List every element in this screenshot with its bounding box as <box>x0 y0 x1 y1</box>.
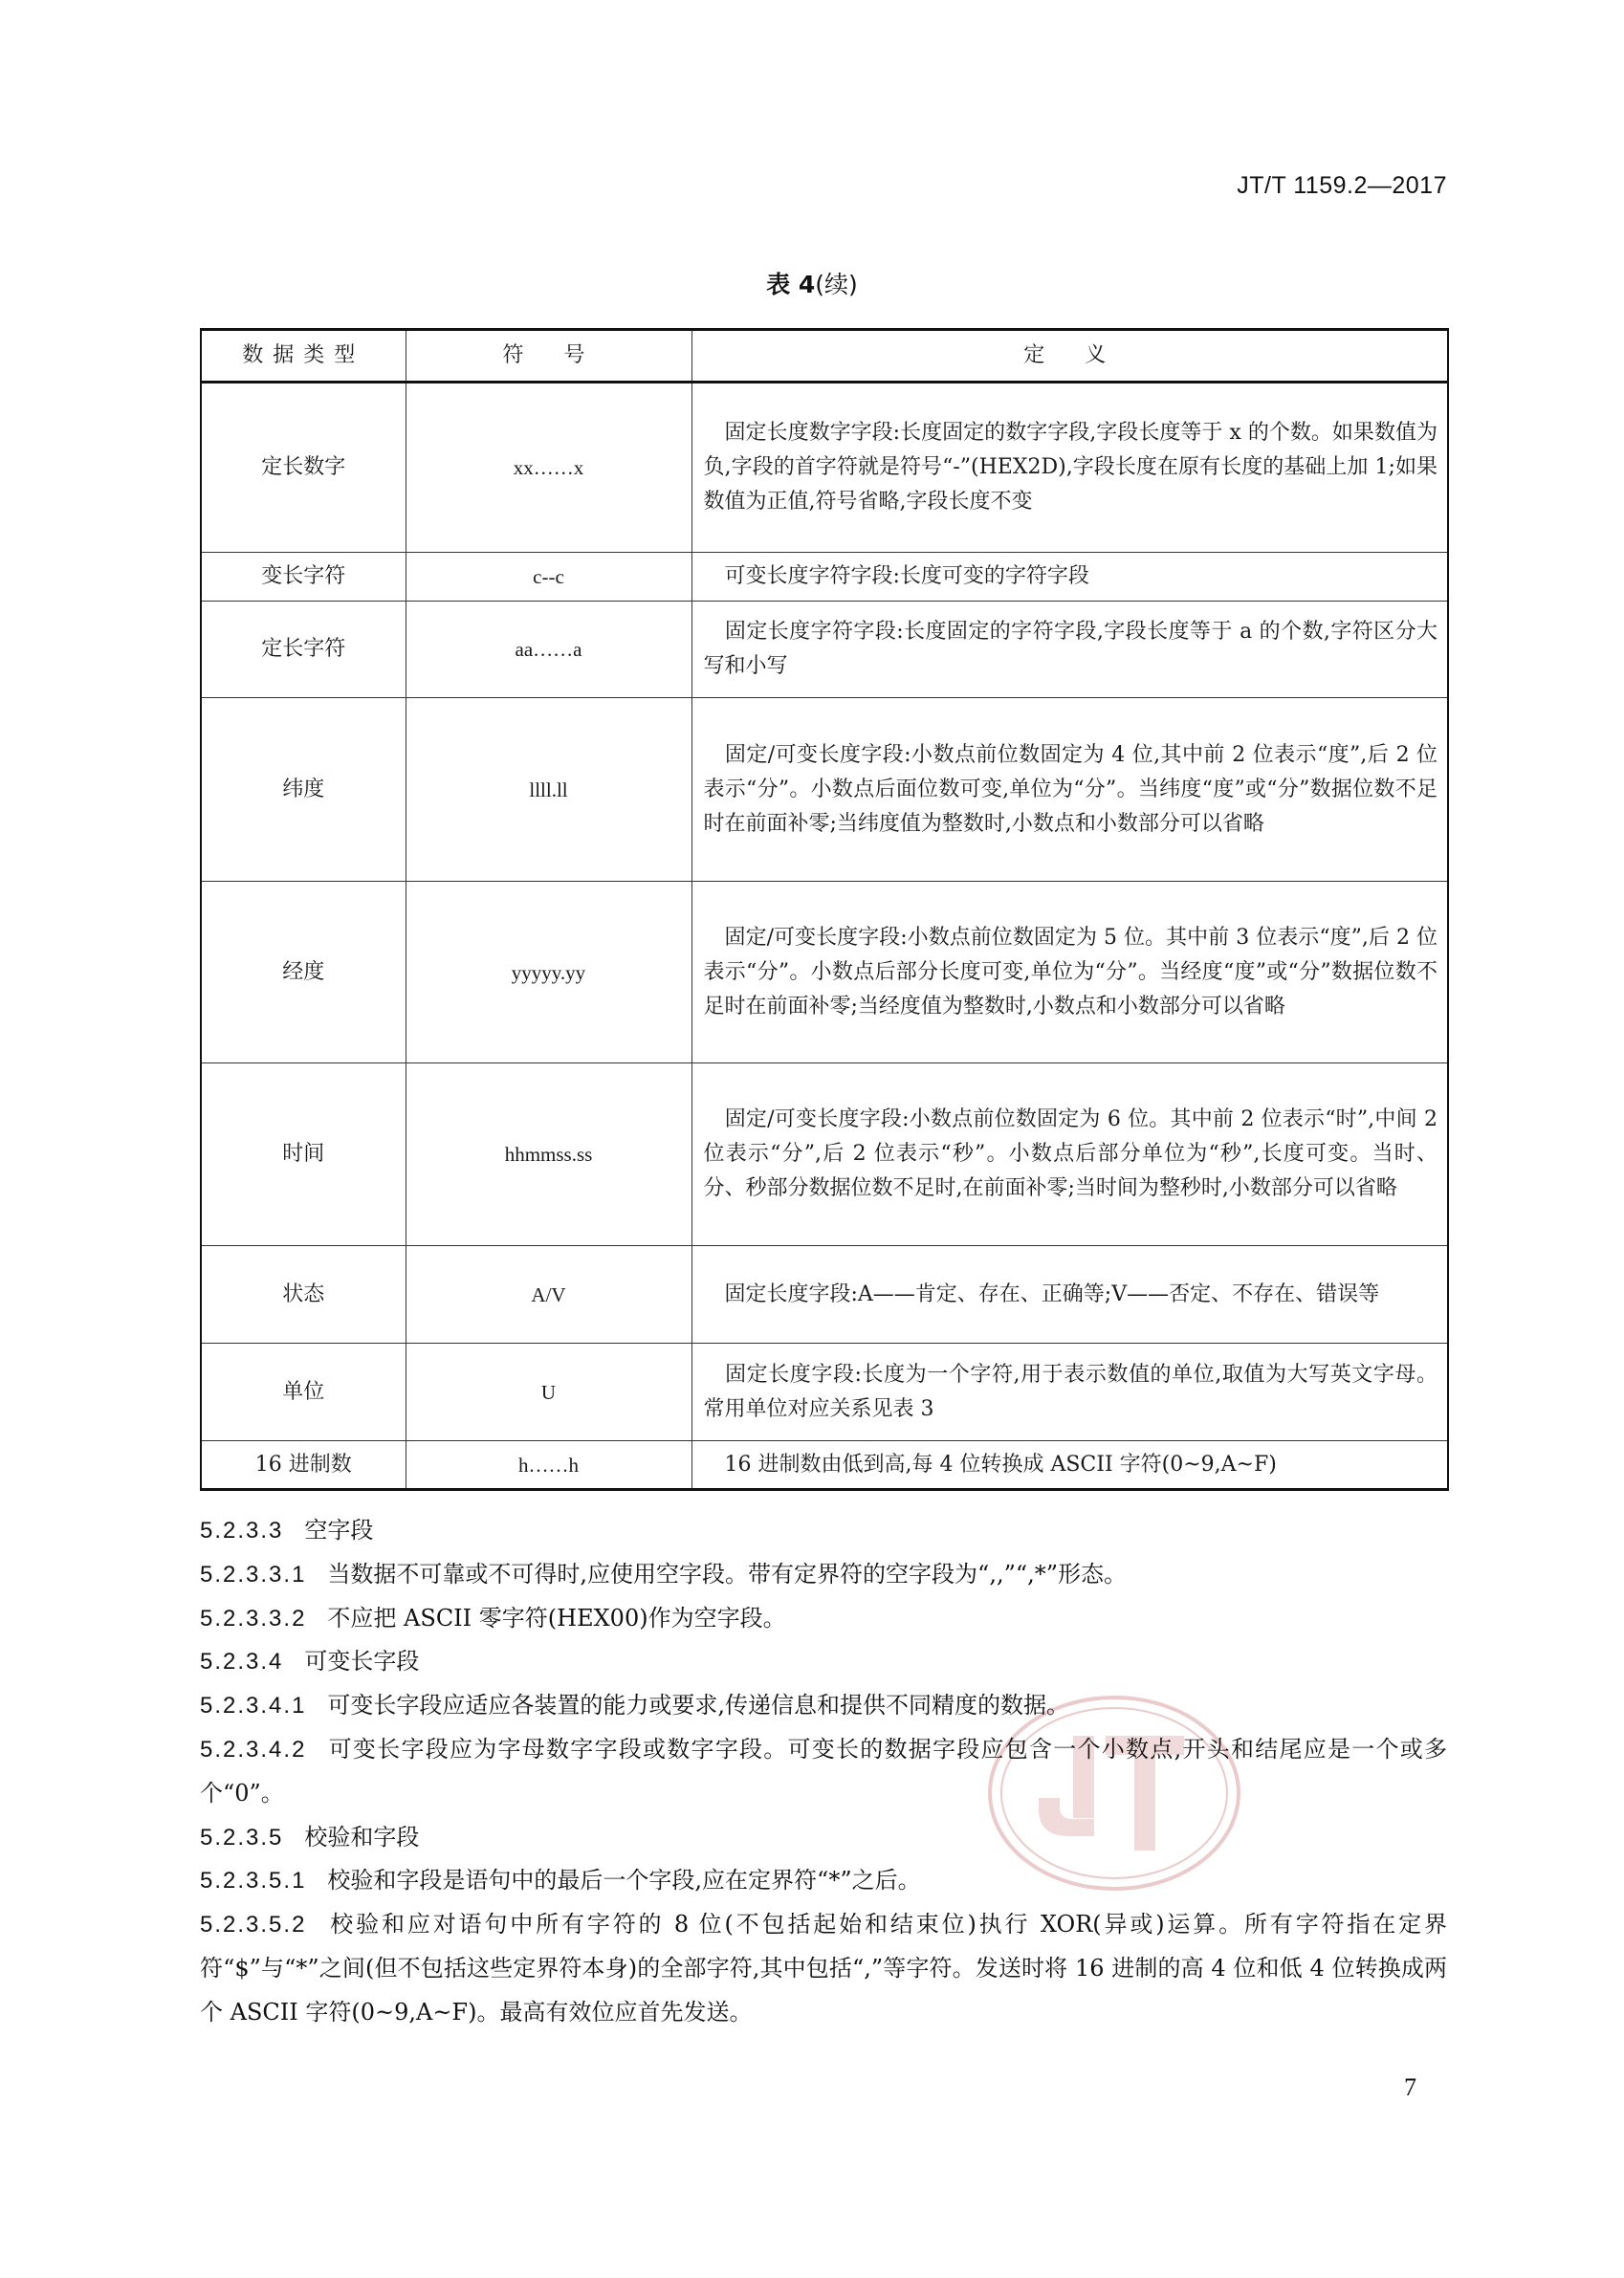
section-5-2-3-4-2: 5.2.3.4.2可变长字段应为字母数字字段或数字字段。可变长的数据字段应包含一… <box>200 1728 1447 1816</box>
section-5-2-3-4-1: 5.2.3.4.1可变长字段应适应各装置的能力或要求,传递信息和提供不同精度的数… <box>200 1684 1447 1728</box>
body-text: 5.2.3.3空字段 5.2.3.3.1当数据不可靠或不可得时,应使用空字段。带… <box>200 1509 1447 2035</box>
cell-symbol: xx……x <box>406 383 691 553</box>
definition-text: 16 进制数由低到高,每 4 位转换成 ASCII 字符(0~9,A~F) <box>725 1453 1277 1477</box>
cell-type: 纬度 <box>201 698 406 882</box>
cell-definition: 固定长度字符字段:长度固定的字符字段,字段长度等于 a 的个数,字符区分大写和小… <box>691 602 1448 698</box>
section-5-2-3-5: 5.2.3.5校验和字段 <box>200 1816 1447 1860</box>
table-caption-continued: (续) <box>815 271 858 298</box>
section-number: 5.2.3.5.1 <box>200 1868 306 1894</box>
section-5-2-3-4: 5.2.3.4可变长字段 <box>200 1640 1447 1684</box>
table-header-row: 数据类型 符 号 定 义 <box>201 330 1448 383</box>
cell-definition: 固定长度字段:A——肯定、存在、正确等;V——否定、不存在、错误等 <box>691 1246 1448 1344</box>
section-heading: 可变长字段 <box>304 1648 419 1675</box>
table-row: 时间 hhmmss.ss 固定/可变长度字段:小数点前位数固定为 6 位。其中前… <box>201 1063 1448 1246</box>
section-5-2-3-3: 5.2.3.3空字段 <box>200 1509 1447 1553</box>
definition-text: 固定/可变长度字段:小数点前位数固定为 4 位,其中前 2 位表示“度”,后 2… <box>704 743 1438 836</box>
section-number: 5.2.3.3.1 <box>200 1562 306 1588</box>
definition-text: 固定长度字段:长度为一个字符,用于表示数值的单位,取值为大写英文字母。常用单位对… <box>704 1363 1438 1421</box>
cell-definition: 可变长度字符字段:长度可变的字符字段 <box>691 553 1448 602</box>
cell-type: 状态 <box>201 1246 406 1344</box>
page-number: 7 <box>1404 2073 1416 2102</box>
column-header-type: 数据类型 <box>201 330 406 383</box>
table-row: 经度 yyyyy.yy 固定/可变长度字段:小数点前位数固定为 5 位。其中前 … <box>201 882 1448 1063</box>
column-header-definition: 定 义 <box>691 330 1448 383</box>
data-type-table: 数据类型 符 号 定 义 定长数字 xx……x 固定长度数字字段:长度固定的数字… <box>200 328 1449 1491</box>
cell-definition: 固定长度数字字段:长度固定的数字字段,字段长度等于 x 的个数。如果数值为负,字… <box>691 383 1448 553</box>
definition-text: 固定长度字段:A——肯定、存在、正确等;V——否定、不存在、错误等 <box>725 1282 1380 1306</box>
table-caption-main: 表 4 <box>766 271 815 298</box>
cell-symbol: llll.ll <box>406 698 691 882</box>
cell-type: 定长字符 <box>201 602 406 698</box>
table-row: 定长数字 xx……x 固定长度数字字段:长度固定的数字字段,字段长度等于 x 的… <box>201 383 1448 553</box>
cell-symbol: U <box>406 1344 691 1441</box>
cell-type: 经度 <box>201 882 406 1063</box>
cell-definition: 固定/可变长度字段:小数点前位数固定为 6 位。其中前 2 位表示“时”,中间 … <box>691 1063 1448 1246</box>
table-row: 单位 U 固定长度字段:长度为一个字符,用于表示数值的单位,取值为大写英文字母。… <box>201 1344 1448 1441</box>
section-number: 5.2.3.3 <box>200 1518 283 1544</box>
section-number: 5.2.3.4.2 <box>200 1737 306 1763</box>
section-text: 不应把 ASCII 零字符(HEX00)作为空字段。 <box>327 1605 785 1632</box>
section-5-2-3-3-2: 5.2.3.3.2不应把 ASCII 零字符(HEX00)作为空字段。 <box>200 1597 1447 1641</box>
standard-code: JT/T 1159.2—2017 <box>1237 172 1447 200</box>
cell-symbol: A/V <box>406 1246 691 1344</box>
section-5-2-3-3-1: 5.2.3.3.1当数据不可靠或不可得时,应使用空字段。带有定界符的空字段为“,… <box>200 1553 1447 1597</box>
section-heading: 空字段 <box>304 1517 373 1544</box>
section-text: 可变长字段应适应各装置的能力或要求,传递信息和提供不同精度的数据。 <box>327 1692 1069 1719</box>
section-number: 5.2.3.5 <box>200 1825 283 1851</box>
section-text: 校验和字段是语句中的最后一个字段,应在定界符“*”之后。 <box>327 1867 920 1894</box>
section-number: 5.2.3.3.2 <box>200 1606 306 1632</box>
section-text: 可变长字段应为字母数字字段或数字字段。可变长的数据字段应包含一个小数点,开头和结… <box>200 1736 1447 1807</box>
section-text: 当数据不可靠或不可得时,应使用空字段。带有定界符的空字段为“,,”“,*”形态。 <box>327 1561 1127 1588</box>
cell-definition: 固定长度字段:长度为一个字符,用于表示数值的单位,取值为大写英文字母。常用单位对… <box>691 1344 1448 1441</box>
table-row: 16 进制数 h……h 16 进制数由低到高,每 4 位转换成 ASCII 字符… <box>201 1441 1448 1490</box>
definition-text: 固定/可变长度字段:小数点前位数固定为 6 位。其中前 2 位表示“时”,中间 … <box>704 1107 1438 1200</box>
table-row: 变长字符 c--c 可变长度字符字段:长度可变的字符字段 <box>201 553 1448 602</box>
definition-text: 可变长度字符字段:长度可变的字符字段 <box>725 564 1089 588</box>
cell-type: 变长字符 <box>201 553 406 602</box>
cell-definition: 固定/可变长度字段:小数点前位数固定为 5 位。其中前 3 位表示“度”,后 2… <box>691 882 1448 1063</box>
definition-text: 固定/可变长度字段:小数点前位数固定为 5 位。其中前 3 位表示“度”,后 2… <box>704 926 1438 1019</box>
section-heading: 校验和字段 <box>304 1824 419 1851</box>
section-text: 校验和应对语句中所有字符的 8 位(不包括起始和结束位)执行 XOR(异或)运算… <box>200 1911 1447 2026</box>
cell-type: 单位 <box>201 1344 406 1441</box>
table-row: 纬度 llll.ll 固定/可变长度字段:小数点前位数固定为 4 位,其中前 2… <box>201 698 1448 882</box>
table-row: 定长字符 aa……a 固定长度字符字段:长度固定的字符字段,字段长度等于 a 的… <box>201 602 1448 698</box>
section-number: 5.2.3.4 <box>200 1649 283 1675</box>
definition-text: 固定长度数字字段:长度固定的数字字段,字段长度等于 x 的个数。如果数值为负,字… <box>704 421 1438 514</box>
section-5-2-3-5-2: 5.2.3.5.2校验和应对语句中所有字符的 8 位(不包括起始和结束位)执行 … <box>200 1903 1447 2034</box>
cell-type: 定长数字 <box>201 383 406 553</box>
cell-symbol: c--c <box>406 553 691 602</box>
section-5-2-3-5-1: 5.2.3.5.1校验和字段是语句中的最后一个字段,应在定界符“*”之后。 <box>200 1859 1447 1903</box>
cell-symbol: yyyyy.yy <box>406 882 691 1063</box>
cell-definition: 固定/可变长度字段:小数点前位数固定为 4 位,其中前 2 位表示“度”,后 2… <box>691 698 1448 882</box>
definition-text: 固定长度字符字段:长度固定的字符字段,字段长度等于 a 的个数,字符区分大写和小… <box>704 620 1438 678</box>
cell-definition: 16 进制数由低到高,每 4 位转换成 ASCII 字符(0~9,A~F) <box>691 1441 1448 1490</box>
cell-type: 时间 <box>201 1063 406 1246</box>
cell-symbol: hhmmss.ss <box>406 1063 691 1246</box>
cell-type: 16 进制数 <box>201 1441 406 1490</box>
column-header-symbol: 符 号 <box>406 330 691 383</box>
section-number: 5.2.3.4.1 <box>200 1693 306 1719</box>
cell-symbol: h……h <box>406 1441 691 1490</box>
table-row: 状态 A/V 固定长度字段:A——肯定、存在、正确等;V——否定、不存在、错误等 <box>201 1246 1448 1344</box>
cell-symbol: aa……a <box>406 602 691 698</box>
section-number: 5.2.3.5.2 <box>200 1912 306 1938</box>
table-caption: 表 4(续) <box>0 266 1624 300</box>
